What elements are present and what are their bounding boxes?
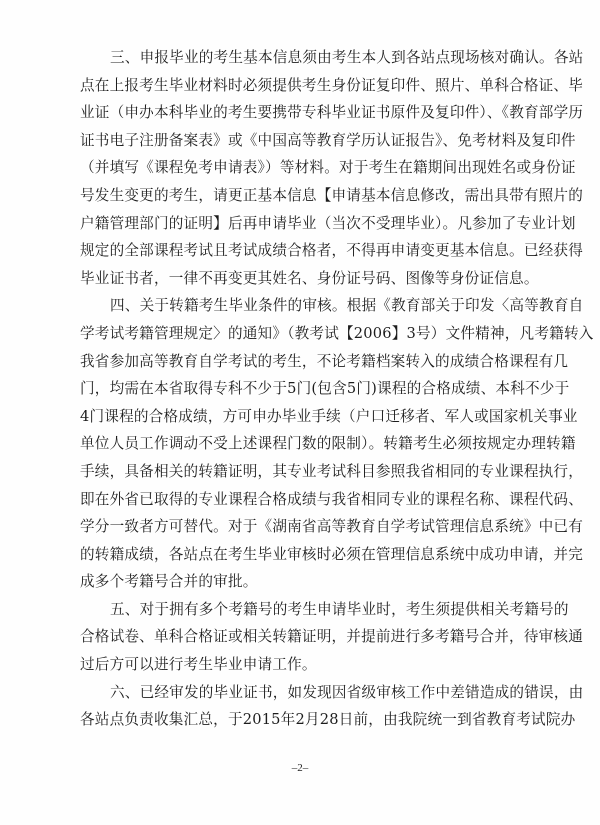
text-line: 户籍管理部门的证明】后再申请毕业（当次不受理毕业）。凡参加了专业计划: [80, 210, 522, 238]
text-line: 单位人员工作调动不受上述课程门数的限制）。转籍考生必须按规定办理转籍: [80, 430, 522, 458]
text-line: 过后方可以进行考生毕业申请工作。: [80, 651, 522, 679]
text-line: 三、申报毕业的考生基本信息须由考生本人到各站点现场核对确认。各站: [80, 44, 522, 72]
text-line: 手续，具备相关的转籍证明，其专业考试科目参照我省相同的专业课程执行，: [80, 458, 522, 486]
text-line: 门，均需在本省取得专科不少于5门(包含5门)课程的合格成绩、本科不少于: [80, 375, 522, 403]
text-line: 的转籍成绩，各站点在考生毕业审核时必须在管理信息系统中成功申请，并完: [80, 541, 522, 569]
paragraph-section-4: 四、关于转籍考生毕业条件的审核。根据《教育部关于印发〈高等教育自 学考试考籍管理…: [80, 292, 522, 596]
text-line: 我省参加高等教育自学考试的考生，不论考籍档案转入的成绩合格课程有几: [80, 348, 522, 376]
text-line: （并填写《课程免考申请表》）等材料。对于考生在籍期间出现姓名或身份证: [80, 154, 522, 182]
text-line: 号发生变更的考生，请更正基本信息【申请基本信息修改，需出具带有照片的: [80, 182, 522, 210]
paragraph-section-3: 三、申报毕业的考生基本信息须由考生本人到各站点现场核对确认。各站 点在上报考生毕…: [80, 44, 522, 292]
text-line: 毕业证书者，一律不再变更其姓名、身份证号码、图像等身份证信息。: [80, 265, 522, 293]
text-line: 学考试考籍管理规定〉的通知》（教考试【2006】3号）文件精神，凡考籍转入: [80, 320, 522, 348]
document-page: 三、申报毕业的考生基本信息须由考生本人到各站点现场核对确认。各站 点在上报考生毕…: [0, 0, 600, 825]
text-line: 六、已经审发的毕业证书，如发现因省级审核工作中差错造成的错误，由: [80, 679, 522, 707]
text-line: 四、关于转籍考生毕业条件的审核。根据《教育部关于印发〈高等教育自: [80, 292, 522, 320]
text-line: 成多个考籍号合并的审批。: [80, 568, 522, 596]
text-line: 证书电子注册备案表》或《中国高等教育学历认证报告》、免考材料及复印件: [80, 127, 522, 155]
text-line: 五、对于拥有多个考籍号的考生申请毕业时，考生须提供相关考籍号的: [80, 596, 522, 624]
page-number: –2–: [0, 762, 600, 774]
text-line: 规定的全部课程考试且考试成绩合格者，不得再申请变更基本信息。已经获得: [80, 237, 522, 265]
text-line: 学分一致者方可替代。对于《湖南省高等教育自学考试管理信息系统》中已有: [80, 513, 522, 541]
document-body: 三、申报毕业的考生基本信息须由考生本人到各站点现场核对确认。各站 点在上报考生毕…: [80, 44, 522, 734]
text-line: 点在上报考生毕业材料时必须提供考生身份证复印件、照片、单科合格证、毕: [80, 72, 522, 100]
text-line: 即在外省已取得的专业课程合格成绩与我省相同专业的课程名称、课程代码、: [80, 486, 522, 514]
text-line: 4门课程的合格成绩，方可申办毕业手续（户口迁移者、军人或国家机关事业: [80, 403, 522, 431]
paragraph-section-5: 五、对于拥有多个考籍号的考生申请毕业时，考生须提供相关考籍号的 合格试卷、单科合…: [80, 596, 522, 679]
text-line: 各站点负责收集汇总，于2015年2月28日前，由我院统一到省教育考试院办: [80, 706, 522, 734]
paragraph-section-6: 六、已经审发的毕业证书，如发现因省级审核工作中差错造成的错误，由 各站点负责收集…: [80, 679, 522, 734]
text-line: 合格试卷、单科合格证或相关转籍证明，并提前进行多考籍号合并，待审核通: [80, 623, 522, 651]
text-line: 业证（申办本科毕业的考生要携带专科毕业证书原件及复印件）、《教育部学历: [80, 99, 522, 127]
